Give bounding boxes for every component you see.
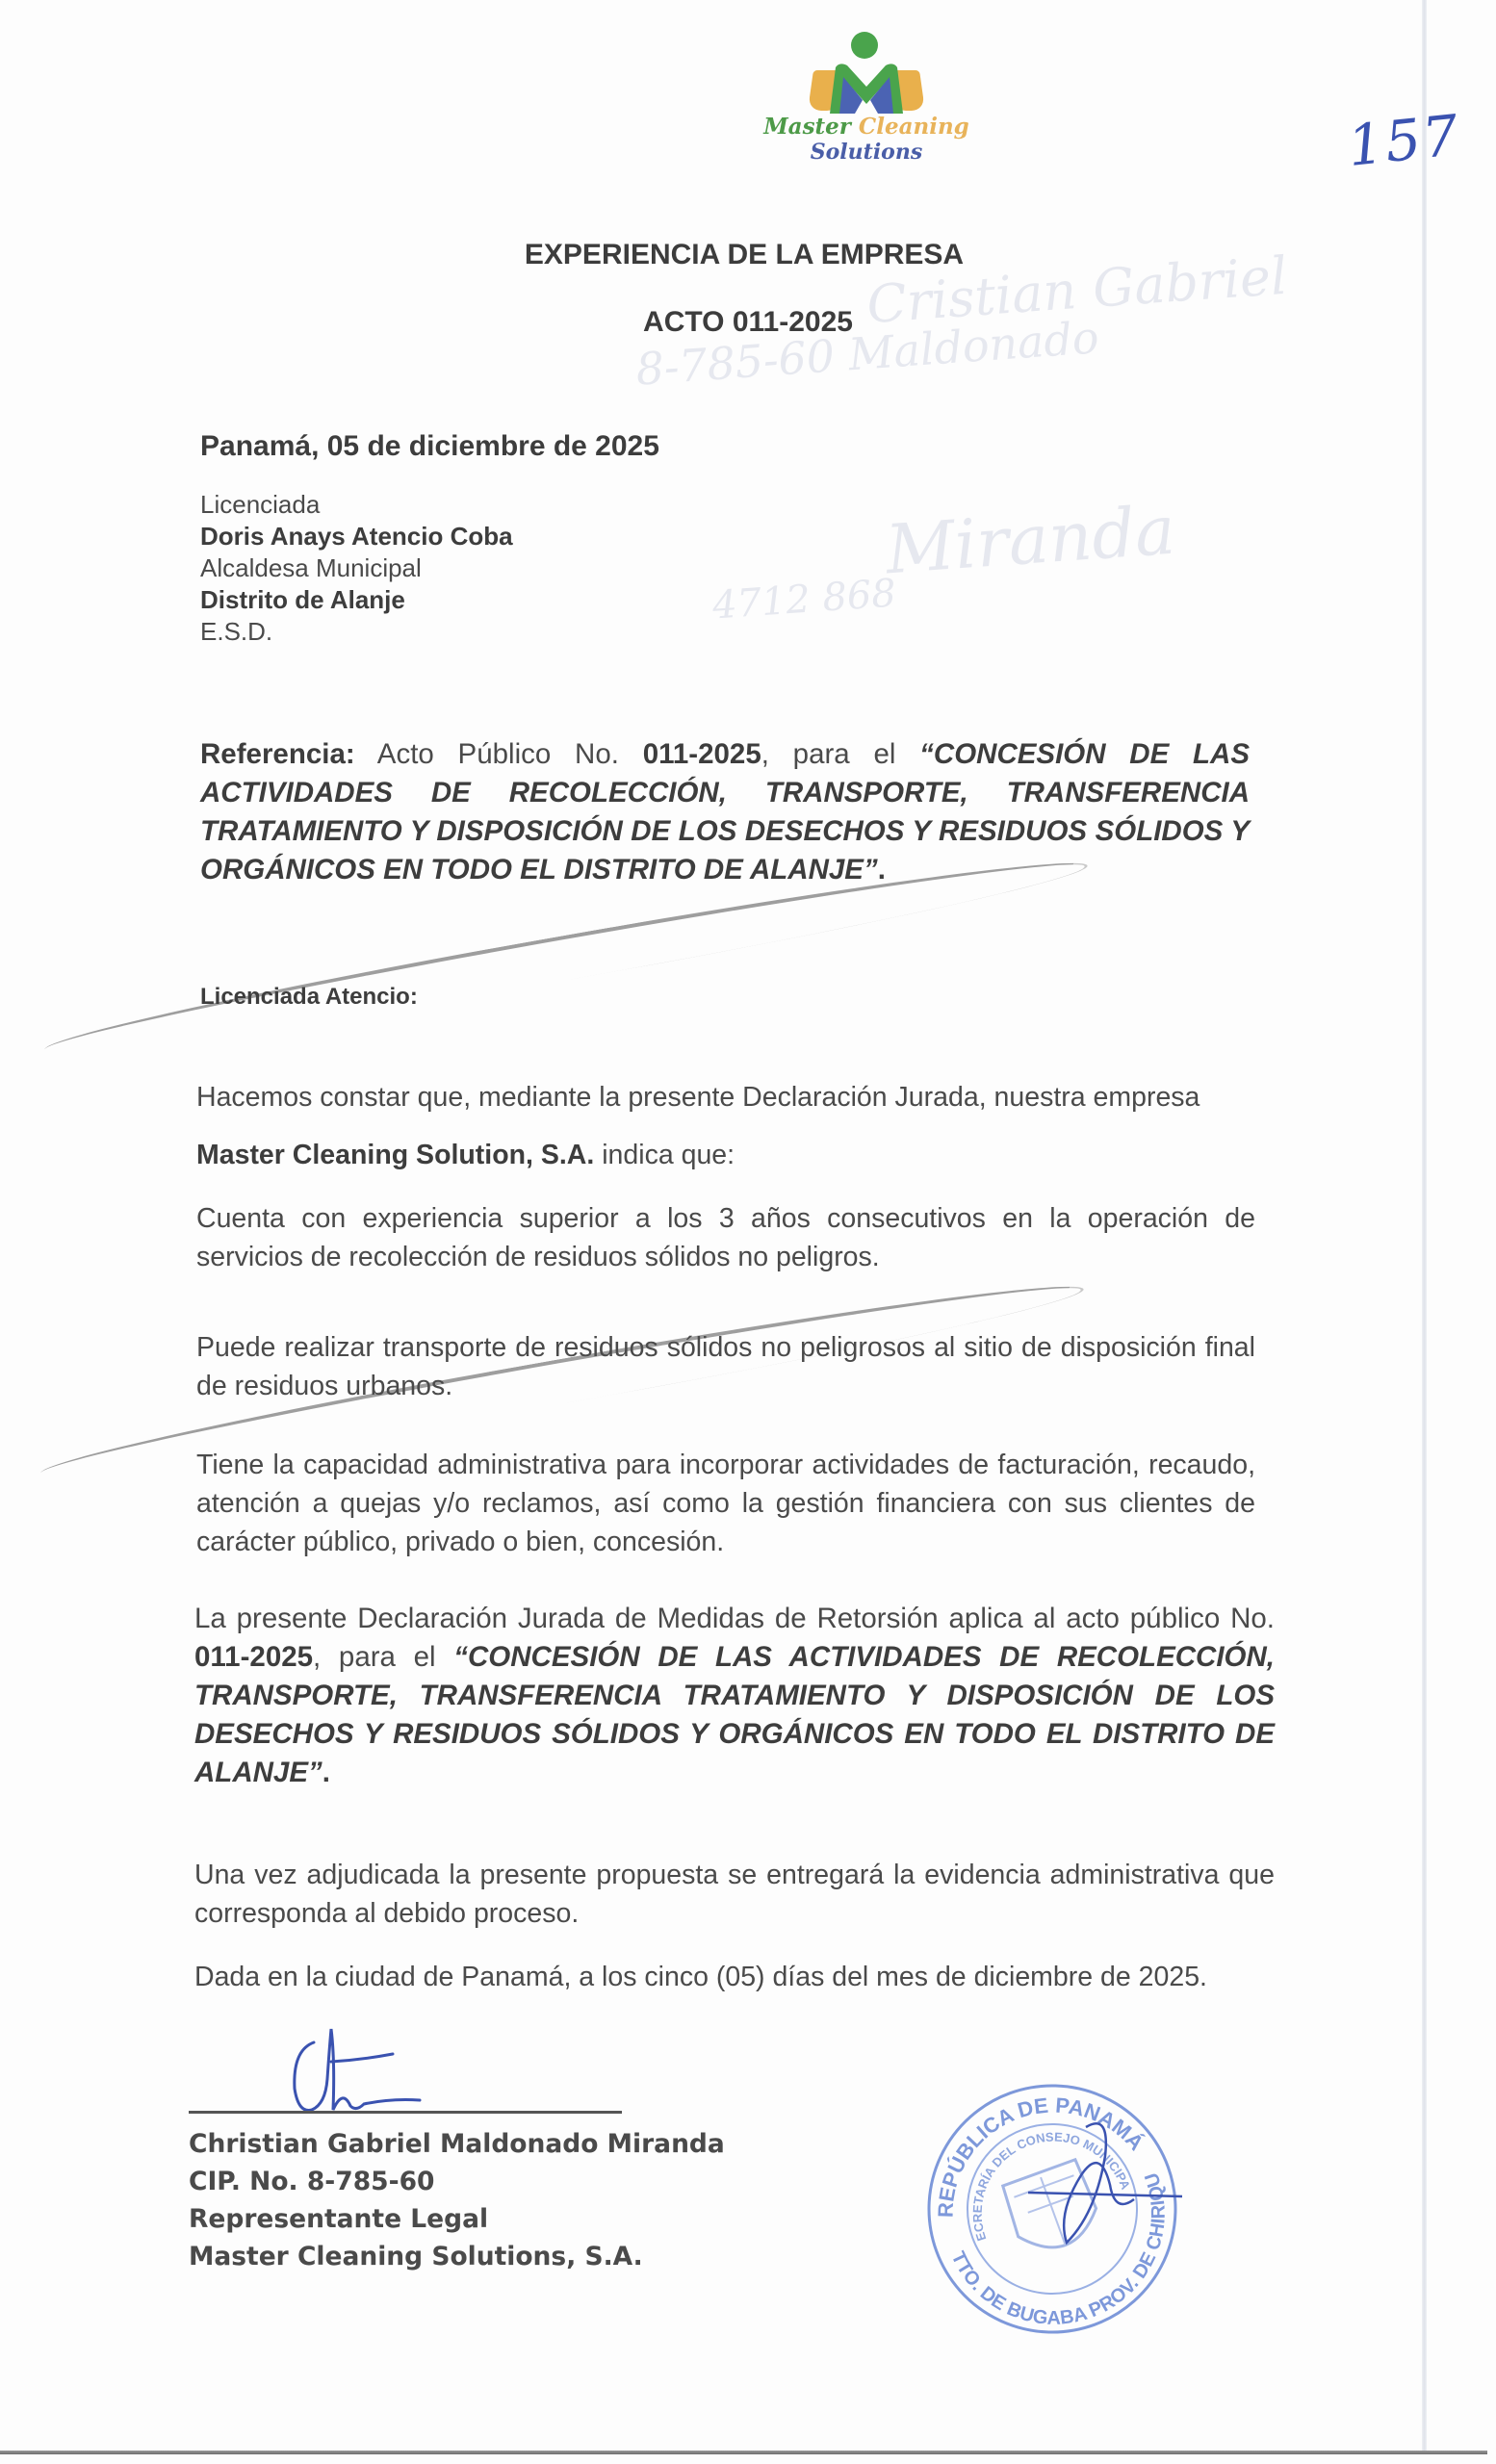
reference-text: Acto Público No.: [355, 738, 643, 770]
signer-id: CIP. No. 8-785-60: [189, 2163, 725, 2200]
logo-figure-head: [851, 32, 878, 59]
greeting: Licenciada Atencio:: [200, 978, 418, 1016]
reference-label: Referencia:: [200, 738, 355, 770]
signer-role: Representante Legal: [189, 2200, 725, 2238]
logo-word-cleaning: Cleaning: [859, 114, 969, 140]
handwritten-signature-icon: [275, 2021, 516, 2117]
reference-text: .: [878, 854, 886, 885]
official-stamp-icon: REPÚBLICA DE PANAMÁ SECRETARÍA DEL CONSE…: [913, 2079, 1192, 2339]
signature-area: [189, 2021, 670, 2117]
transport-paragraph: Puede realizar transporte de residuos só…: [196, 1328, 1255, 1405]
declaration-text: , para el: [313, 1641, 453, 1673]
signer-block: Christian Gabriel Maldonado Miranda CIP.…: [189, 2125, 725, 2275]
addressee-block: Licenciada Doris Anays Atencio Coba Alca…: [200, 489, 513, 648]
page-edge-bottom: [0, 2451, 1487, 2454]
company-statement: Master Cleaning Solution, S.A. indica qu…: [196, 1136, 735, 1174]
declaration-text: La presente Declaración Jurada de Medida…: [194, 1603, 1275, 1634]
logo-wordmark: Master Cleaning: [751, 114, 982, 140]
logo-word-solutions: Solutions: [751, 140, 982, 165]
declaration-text: .: [322, 1757, 330, 1788]
reference-text: , para el: [761, 738, 919, 770]
reference-act-number: 011-2025: [643, 738, 761, 770]
act-number: ACTO 011-2025: [0, 306, 1496, 339]
closing-date-paragraph: Dada en la ciudad de Panamá, a los cinco…: [194, 1958, 1275, 1996]
signature-line: [189, 2111, 622, 2114]
evidence-paragraph: Una vez adjudicada la presente propuesta…: [194, 1856, 1275, 1933]
logo-m-figure-icon: [826, 62, 907, 114]
signer-company: Master Cleaning Solutions, S.A.: [189, 2238, 725, 2275]
reference-paragraph: Referencia: Acto Público No. 011-2025, p…: [200, 735, 1250, 889]
addressee-salutation: Licenciada: [200, 489, 513, 521]
intro-paragraph: Hacemos constar que, mediante la present…: [196, 1078, 1199, 1116]
bleed-through-handwriting: 4712 868: [711, 571, 898, 628]
declaration-act-number: 011-2025: [194, 1641, 313, 1673]
bleed-through-handwriting: Miranda: [884, 491, 1178, 590]
page-edge-right: [1422, 0, 1427, 2452]
document-page: Cristian Gabriel 8-785-60 Maldonado Mira…: [0, 0, 1496, 2464]
document-title: EXPERIENCIA DE LA EMPRESA: [0, 239, 1492, 271]
addressee-district: Distrito de Alanje: [200, 584, 513, 616]
company-logo: Master Cleaning Solutions: [751, 27, 982, 171]
administrative-capacity-paragraph: Tiene la capacidad administrativa para i…: [196, 1446, 1255, 1561]
experience-paragraph: Cuenta con experiencia superior a los 3 …: [196, 1199, 1255, 1276]
declaration-scope-paragraph: La presente Declaración Jurada de Medida…: [194, 1600, 1275, 1792]
logo-word-master: Master: [763, 114, 851, 140]
addressee-position: Alcaldesa Municipal: [200, 552, 513, 584]
company-name: Master Cleaning Solution, S.A.: [196, 1140, 594, 1170]
handwritten-folio-number: 157: [1345, 102, 1463, 179]
signer-name: Christian Gabriel Maldonado Miranda: [189, 2125, 725, 2163]
company-statement-suffix: indica que:: [594, 1140, 735, 1170]
date-line: Panamá, 05 de diciembre de 2025: [200, 427, 659, 466]
addressee-closing: E.S.D.: [200, 616, 513, 648]
addressee-name: Doris Anays Atencio Coba: [200, 521, 513, 552]
